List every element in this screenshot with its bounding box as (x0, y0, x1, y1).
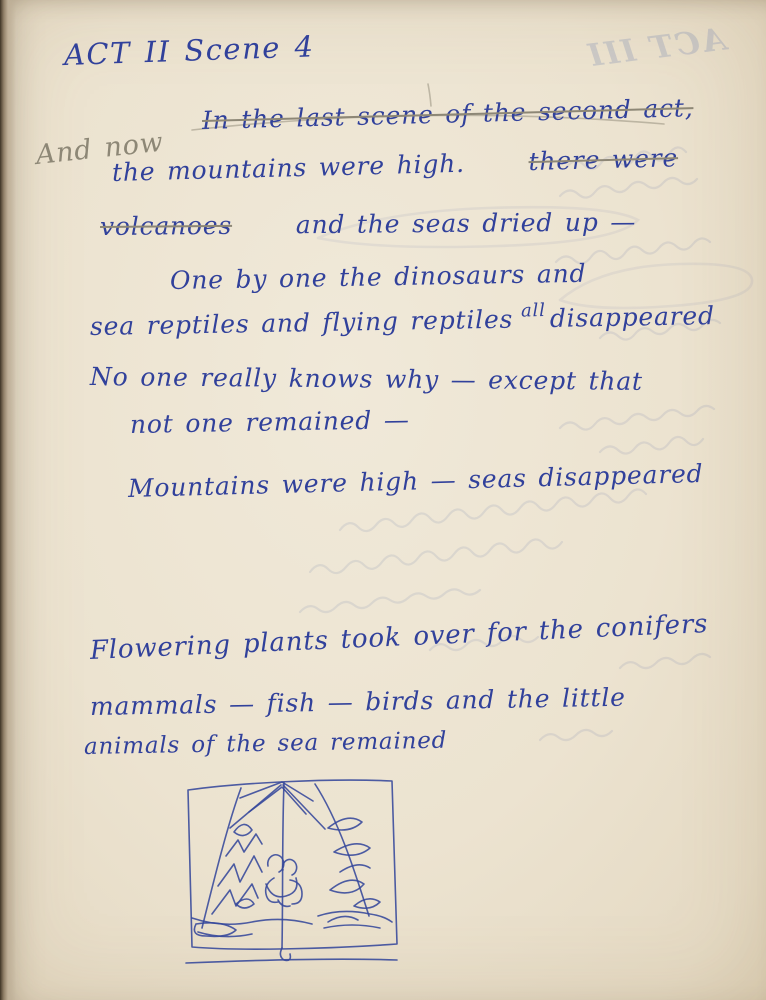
text-line-10: mammals — fish — birds and the little (90, 683, 626, 721)
stage-sketch (178, 766, 428, 978)
text-segment: sea reptiles and flying reptiles (90, 305, 514, 341)
struck-text: there were (528, 143, 678, 176)
text-line-11: animals of the sea remained (84, 728, 448, 760)
text-line-8: Mountains were high — seas disappeared (128, 459, 704, 503)
showthrough-act-label: ACT III (584, 22, 727, 75)
text-line-9: Flowering plants took over for the conif… (89, 609, 709, 666)
struck-text: volcanoes (100, 211, 232, 241)
text-segment: and the seas dried up — (296, 207, 637, 239)
text-line-7: not one remained — (130, 405, 410, 439)
inserted-word-all: all (521, 300, 546, 321)
text-line-5: sea reptiles and flying reptilesalldisap… (90, 301, 715, 341)
text-line-4: One by one the dinosaurs and (170, 259, 587, 295)
manuscript-page: ACT II Scene 4 ACT III And now In the la… (0, 0, 766, 1000)
page-binding-edge (0, 0, 16, 1000)
text-line-6: No one really knows why — except that (90, 362, 643, 396)
text-line-3: volcanoes and the seas dried up — (100, 207, 636, 241)
struck-text: In the last scene of the second act, (202, 93, 694, 135)
page-title: ACT II Scene 4 (63, 29, 315, 72)
text-line-2: the mountains were high. there were (112, 143, 679, 187)
text-line-1: In the last scene of the second act, (202, 93, 694, 135)
text-segment: disappeared (550, 301, 715, 333)
